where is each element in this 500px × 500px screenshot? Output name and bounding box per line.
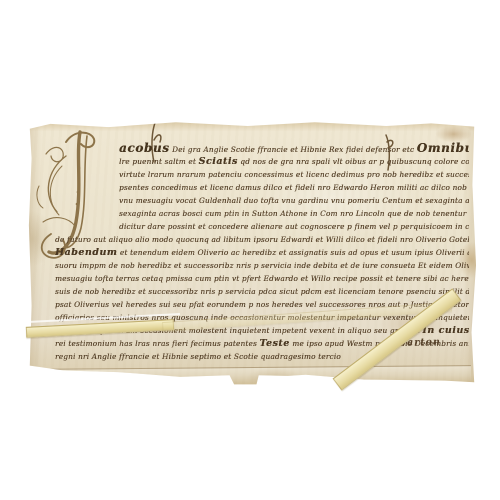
manuscript-line: de futuro aut aliquo alio modo quocunq a… (55, 233, 469, 246)
manuscript-line: lre puenint saltm et Sciatis qd nos de g… (119, 155, 469, 168)
manuscript-line: suis de nob heredibz et successoribz nri… (55, 285, 469, 298)
manuscript-line: acobus Dei gra Anglie Scotie ffrancie et… (119, 142, 469, 155)
manuscript-line: sexaginta acras bosci cum ptin in Sutton… (119, 207, 469, 220)
manuscript-line: dicitur dare possint et concedere aliena… (119, 220, 469, 233)
vellum-parchment: acobus Dei gra Anglie Scotie ffrancie et… (28, 118, 476, 386)
manuscript-line: virtute lrarum nrarum patenciu concessim… (119, 168, 469, 181)
manuscript-line: psentes concedimus et licenc damus dilco… (119, 181, 469, 194)
manuscript-line: vnu mesuagiu vocat Guldenhall duo tofta … (119, 194, 469, 207)
manuscript-line: mesuagiu tofta terras cetaq pmissa cum p… (55, 272, 469, 285)
plica-fold (32, 365, 471, 389)
manuscript-line: suoru imppm de nob heredibz et successor… (55, 259, 469, 272)
manuscript-photo: acobus Dei gra Anglie Scotie ffrancie et… (0, 0, 500, 500)
manuscript-line: regni nri Anglie ffrancie et Hibnie sept… (55, 350, 469, 363)
manuscript-line: Habendum et tenendum eidem Oliverio ac h… (55, 246, 469, 259)
